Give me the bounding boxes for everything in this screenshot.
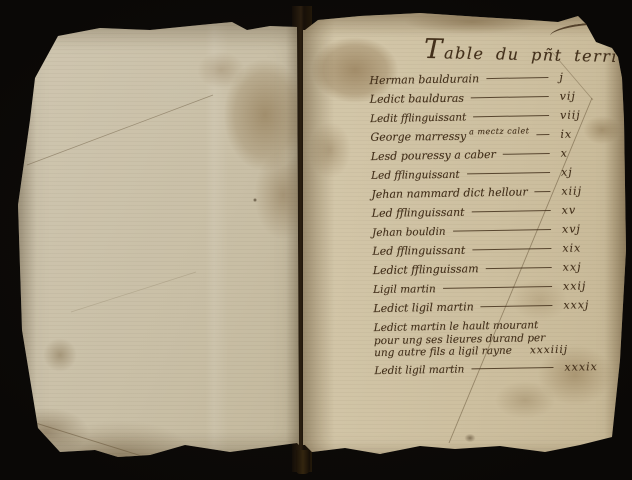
entry-dash-line <box>501 157 552 158</box>
entry-name: Ledict fflinguissam <box>373 262 479 277</box>
entry-dash-line <box>479 309 555 310</box>
right-page: Table du pñt terrier, Herman bauldurain … <box>302 10 627 465</box>
entry-folio-number: xxxiiij <box>526 344 568 357</box>
toc-entry-multiline: Ledict martin le hault mourant pour ung … <box>374 318 615 360</box>
entry-folio-number: j <box>555 70 609 84</box>
entry-name: Herman bauldurain <box>369 72 479 87</box>
scan-background: Table du pñt terrier, Herman bauldurain … <box>0 0 632 480</box>
entry-folio-number: xiij <box>557 184 611 198</box>
entry-dash-line <box>470 214 553 215</box>
entry-dash-line <box>469 370 555 372</box>
entry-dash-line <box>451 233 553 235</box>
entry-folio-number: xxxj <box>559 298 613 312</box>
entry-dash-line <box>484 81 550 82</box>
entry-dash-line <box>470 252 553 253</box>
entry-name: Ledit ligil martin <box>374 363 464 377</box>
entry-dash-line <box>471 119 551 120</box>
entry-folio-number: vij <box>556 89 610 103</box>
entry-interlinear-note: a mectz calet <box>469 126 529 136</box>
crease-lines <box>16 22 303 462</box>
entry-folio-number: xxj <box>559 260 613 274</box>
entry-folio-number: x <box>557 146 611 160</box>
entry-name: Led fflinguissant <box>372 244 465 258</box>
table-of-contents: Herman bauldurain j Ledict baulduras vij… <box>369 70 614 383</box>
entry-dash-line <box>441 290 554 292</box>
spine-tail <box>296 450 310 474</box>
toc-entry: Ledit ligil martin xxxix <box>374 359 614 382</box>
entry-name: Ledict baulduras <box>370 92 464 106</box>
entry-folio-number: xv <box>558 203 612 217</box>
entry-folio-number: xj <box>557 165 611 179</box>
entry-name: Ligil martin <box>373 283 436 296</box>
entry-name: Led fflinguissant <box>372 206 465 220</box>
entry-folio-number: xxij <box>559 279 613 293</box>
page-title: Table du pñt terrier, <box>424 34 625 69</box>
entry-name: Led fflinguissant <box>371 169 460 182</box>
entry-folio-number: xix <box>558 241 612 255</box>
entry-dash-line <box>469 100 551 101</box>
left-page <box>16 22 303 462</box>
entry-name: Jehan bouldin <box>372 226 446 239</box>
entry-name: Jehan nammard dict hellour <box>371 185 527 201</box>
entry-folio-number: xxxix <box>560 359 614 373</box>
entry-folio-number: viij <box>556 108 610 122</box>
entry-name: Ledict ligil martin <box>373 300 474 315</box>
entry-text-line: ung autre fils a ligil rayne <box>374 345 512 360</box>
entry-name: Ledit fflinguissant <box>370 111 466 125</box>
entry-folio-number: ix <box>556 127 610 141</box>
entry-name: Lesd pouressy a caber <box>371 148 496 163</box>
entry-dash-line <box>465 176 552 178</box>
entry-name: George marressy <box>370 130 466 144</box>
entry-dash-line <box>484 271 554 272</box>
entry-folio-number: xvj <box>558 222 612 236</box>
